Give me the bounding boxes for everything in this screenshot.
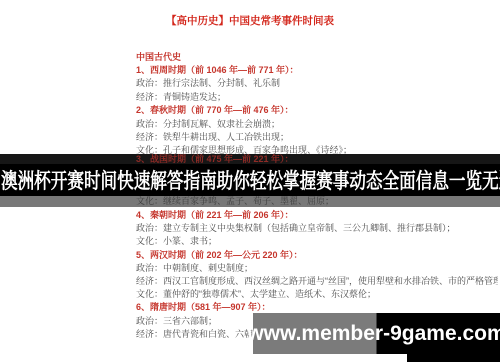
timeline-row: 政治：中朝制度、刺史制度；: [136, 262, 498, 275]
timeline-row: 1、西周时期（前 1046 年—前 771 年）：: [136, 64, 498, 77]
section-label: 中国古代史: [136, 50, 181, 63]
page-title: 【高中历史】中国史常考事件时间表: [0, 13, 500, 28]
overlay-banner: 3、战国时期（前 475 年—前 221 年）： 澳洲杯开赛时间快速解答指南助你…: [0, 154, 500, 207]
timeline-row: 政治：推行宗法制、分封制、礼乐制: [136, 77, 498, 90]
timeline-row: 经济：青铜铸造发达；: [136, 91, 498, 104]
overlay-dimmed-top-row: 3、战国时期（前 475 年—前 221 年）：: [0, 154, 500, 164]
timeline-row: 政治：建立专制主义中央集权制（包括确立皇帝制、三公九卿制、推行郡县制）；: [136, 222, 498, 235]
timeline-row: 4、秦朝时期（前 221 年—前 206 年）：: [136, 209, 498, 222]
overlay-headline: 澳洲杯开赛时间快速解答指南助你轻松掌握赛事动态全面信息一览无遗: [1, 165, 500, 195]
timeline-row: 经济：西汉工官制度形成、西汉丝绸之路开通与“丝国”，使用犁壁和水排冶铁、市的严格…: [136, 275, 498, 288]
watermark-banner: www.member-9game.com: [253, 313, 500, 354]
timeline-row: 政治：分封制瓦解、奴隶社会崩溃；: [136, 118, 498, 131]
timeline-rows-top: 1、西周时期（前 1046 年—前 771 年）： 政治：推行宗法制、分封制、礼…: [136, 64, 498, 158]
timeline-row: 经济：铁犁牛耕出现、人工冶铁出现；: [136, 131, 498, 144]
timeline-row: 5、两汉时期（前 202 年—公元 220 年）：: [136, 249, 498, 262]
screenshot-canvas: 【高中历史】中国史常考事件时间表 中国古代史 1、西周时期（前 1046 年—前…: [0, 0, 500, 362]
timeline-row: 文化：董仲舒的“独尊儒术”、太学建立、造纸术、东汉蔡伦；: [136, 288, 498, 301]
timeline-row: 2、春秋时期（前 770 年—前 476 年）：: [136, 104, 498, 117]
watermark-url-text: www.member-9game.com: [247, 322, 500, 346]
overlay-dimmed-bottom-row: 文化：继续百家争鸣、孟子、荀子、墨翟、屈原；: [0, 196, 500, 207]
timeline-row: 文化：小篆、隶书；: [136, 235, 498, 248]
watermark-black-extension: [407, 353, 500, 362]
overlay-headline-bar: 澳洲杯开赛时间快速解答指南助你轻松掌握赛事动态全面信息一览无遗: [0, 164, 500, 196]
